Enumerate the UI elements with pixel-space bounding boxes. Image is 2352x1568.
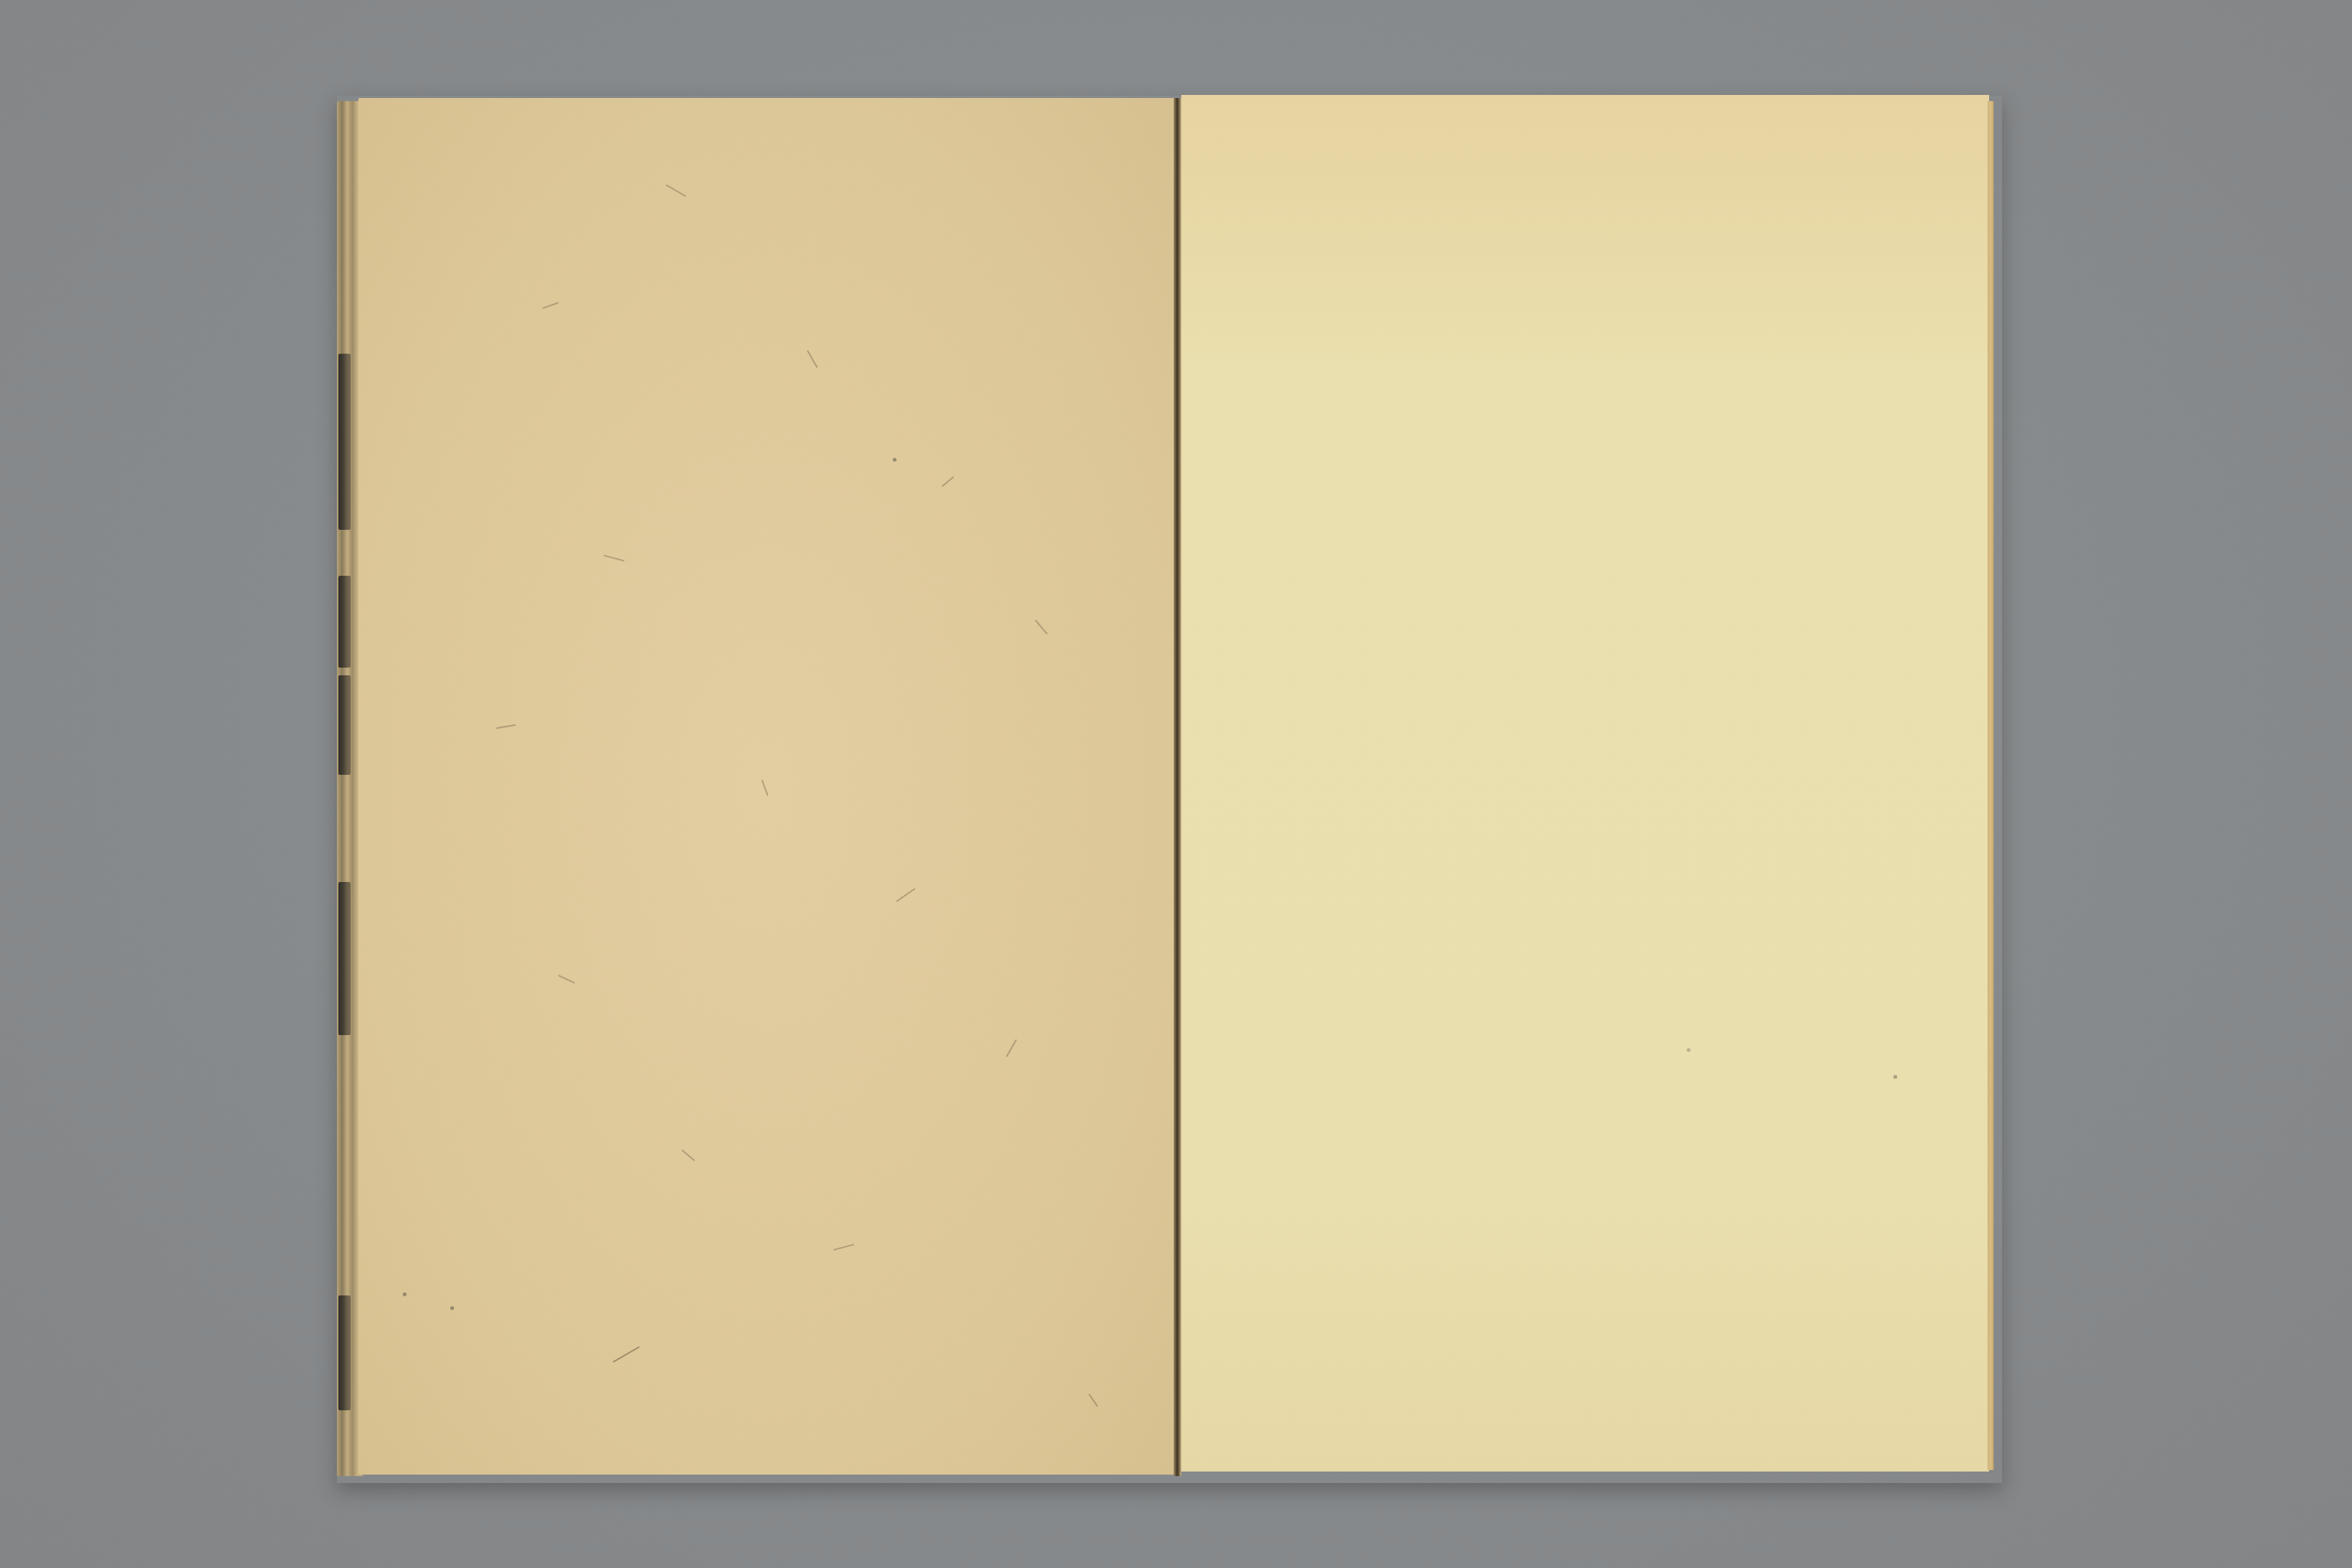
stain: [338, 882, 351, 1035]
paper-speck: [1687, 1048, 1690, 1052]
paper-fiber: [666, 185, 687, 198]
stain: [338, 675, 351, 775]
paper-fiber: [896, 888, 916, 903]
paper-speck: [450, 1306, 454, 1310]
stain: [338, 576, 351, 668]
stain: [338, 354, 351, 530]
paper-fiber: [807, 350, 818, 368]
paper-fiber: [612, 1346, 640, 1363]
photo-background: [0, 0, 2352, 1568]
right-page-stack-edge: [1988, 101, 1994, 1470]
paper-fiber: [761, 779, 768, 795]
paper-fiber: [942, 476, 955, 487]
paper-fiber: [1035, 619, 1048, 635]
stain: [338, 1295, 351, 1410]
paper-fiber: [833, 1243, 854, 1250]
paper-fiber: [496, 724, 516, 729]
paper-speck: [403, 1292, 407, 1296]
paper-speck: [893, 458, 897, 462]
paper-fiber: [603, 554, 625, 561]
book-gutter: [1174, 98, 1181, 1476]
paper-fiber: [1088, 1393, 1098, 1407]
left-page: [358, 98, 1175, 1475]
paper-fiber: [558, 975, 576, 984]
right-page: [1181, 95, 1989, 1472]
paper-fiber: [681, 1149, 695, 1161]
paper-fiber: [1006, 1039, 1018, 1057]
paper-speck: [1893, 1075, 1897, 1079]
paper-fiber: [542, 302, 558, 309]
